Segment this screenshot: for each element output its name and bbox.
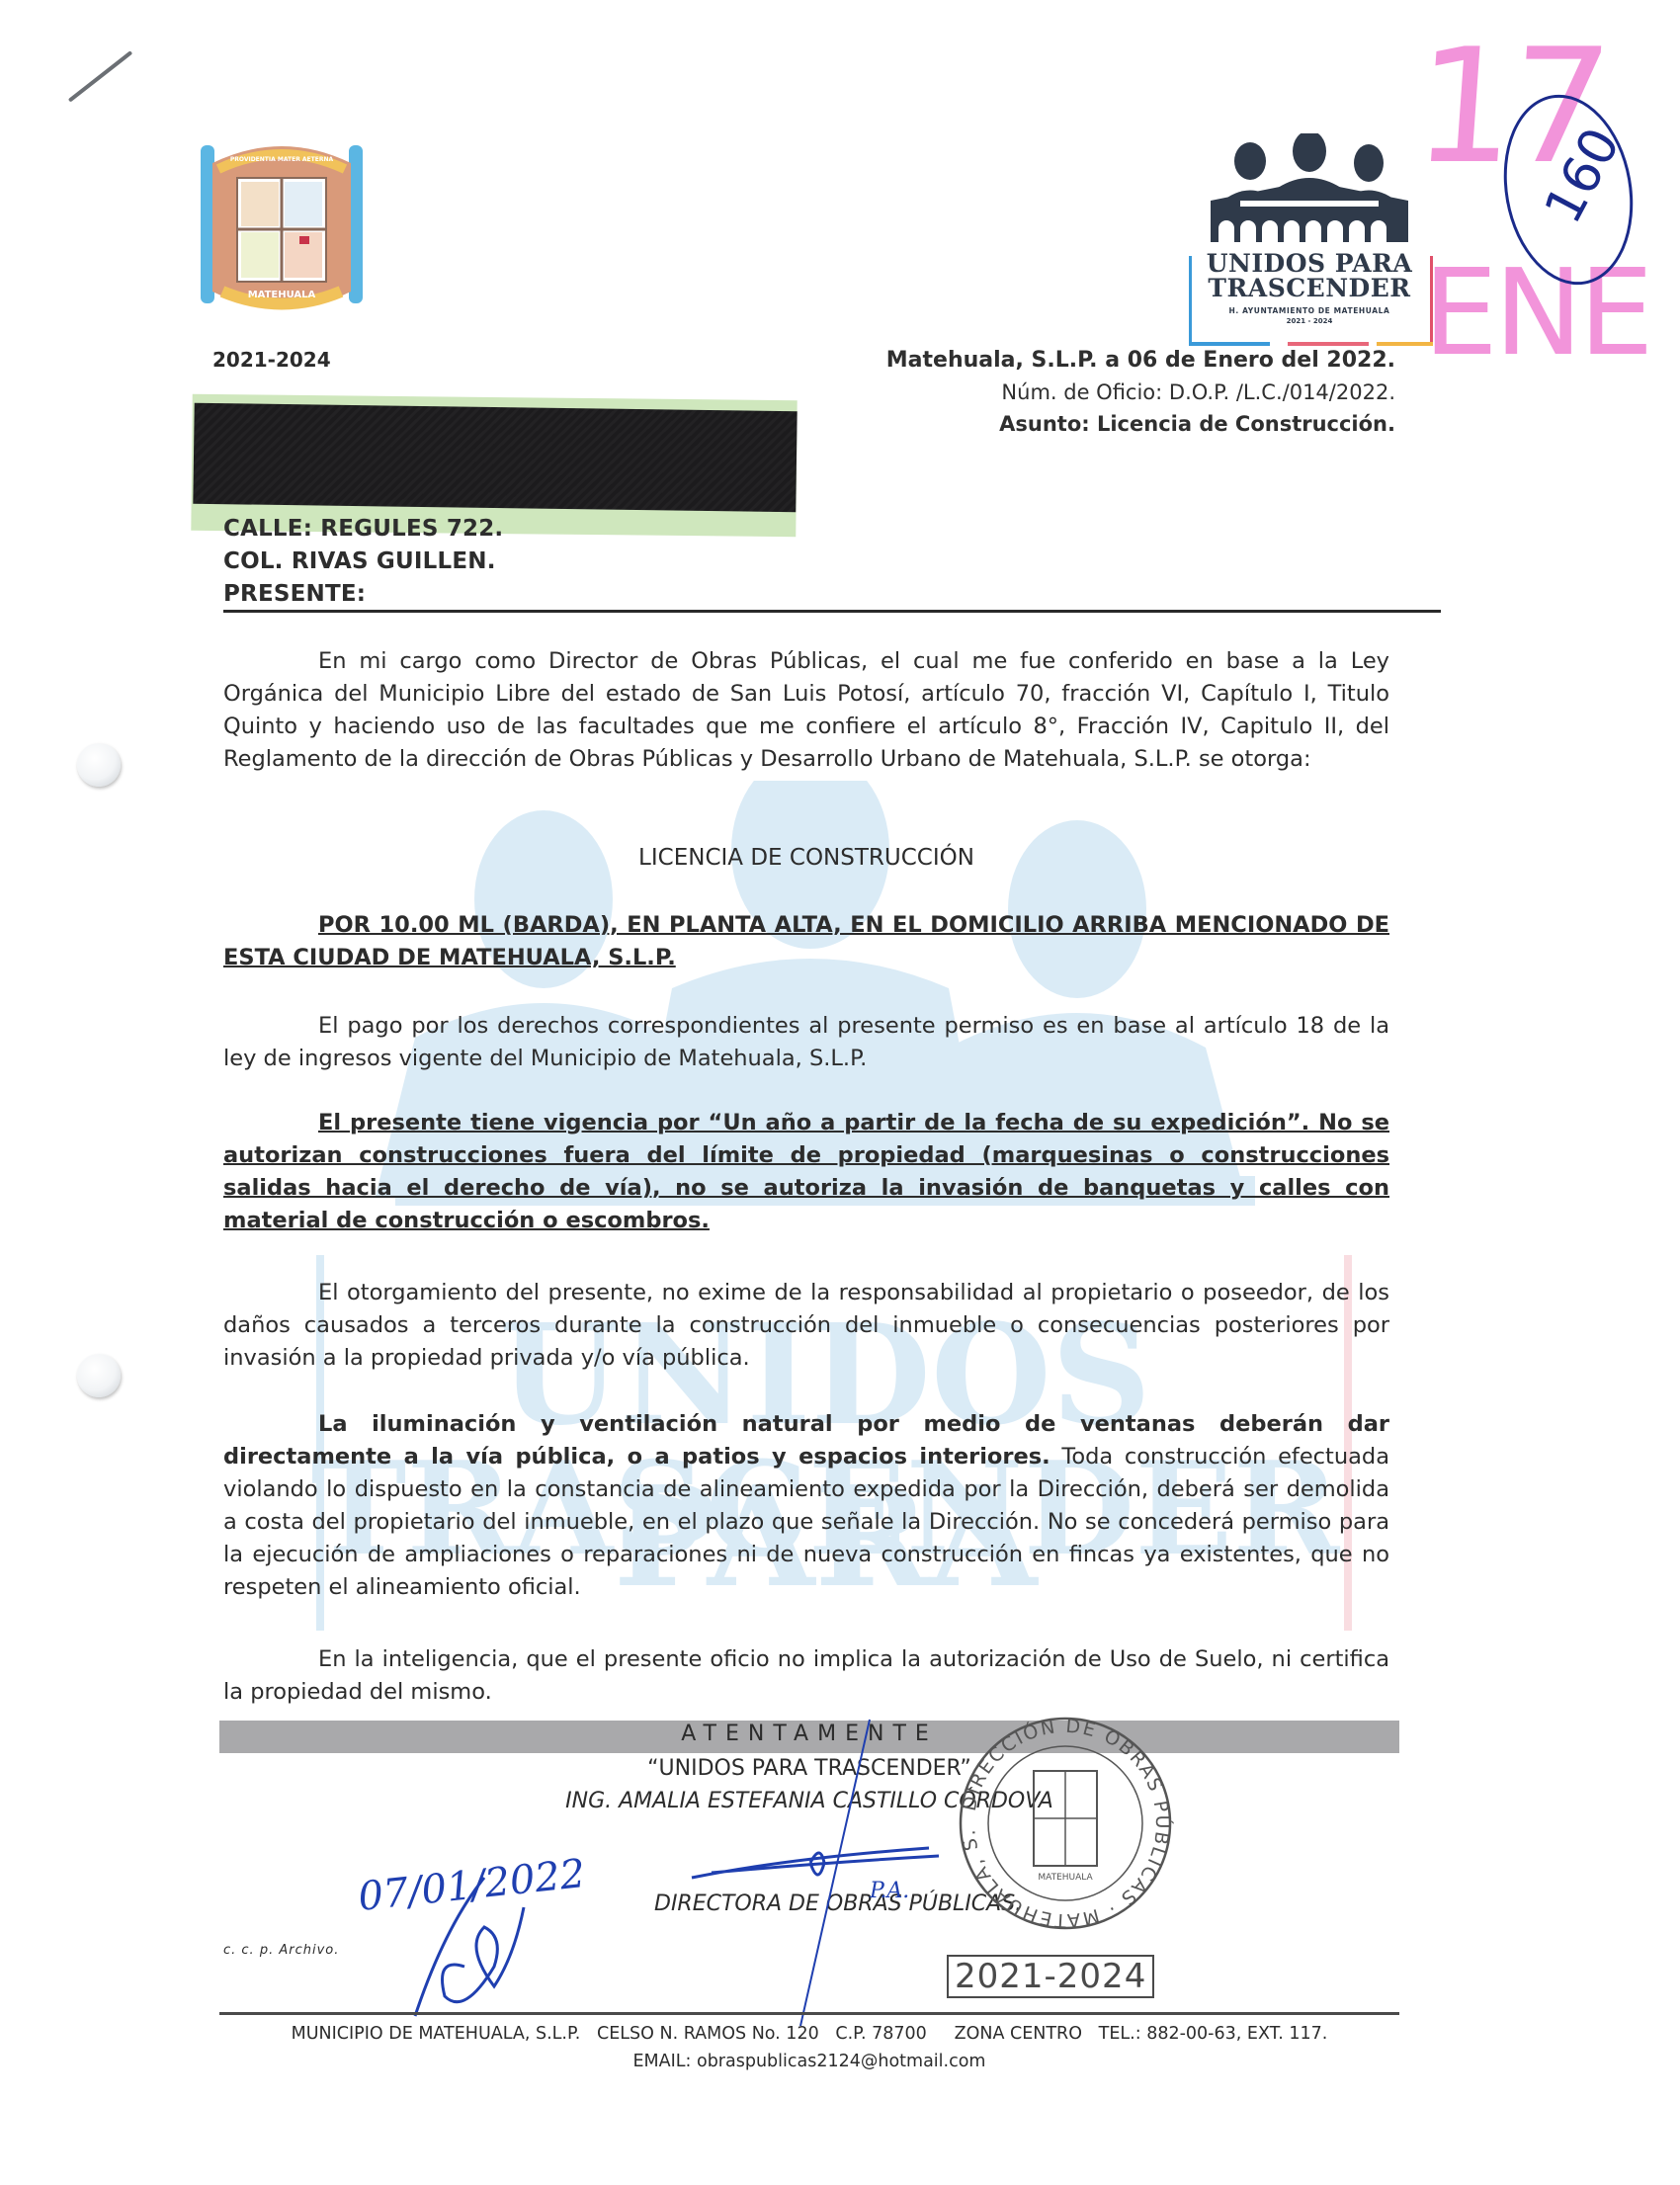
municipal-crest-icon: MATEHUALA PROVIDENTIA MATER AETERNA bbox=[193, 133, 371, 321]
lighting-paragraph: La iluminación y ventilación natural por… bbox=[223, 1408, 1389, 1604]
recipient-street: CALLE: REGULES 722. bbox=[223, 516, 503, 542]
director-signature-icon: P.A. bbox=[672, 1700, 968, 2026]
official-stamp-icon: DIRECCIÓN DE OBRAS PÚBLICAS · MATEHUALA,… bbox=[957, 1710, 1174, 1937]
footer-email: EMAIL: obraspublicas2124@hotmail.com bbox=[219, 2052, 1399, 2071]
handwritten-initials-icon bbox=[376, 1848, 593, 2026]
administration-years: 2021-2024 bbox=[212, 348, 331, 372]
recipient-colony: COL. RIVAS GUILLEN. bbox=[223, 548, 496, 574]
pink-annotation-month: ENE bbox=[1423, 255, 1649, 374]
license-scope: POR 10.00 ML (BARDA), EN PLANTA ALTA, EN… bbox=[223, 909, 1389, 974]
svg-text:MATEHUALA: MATEHUALA bbox=[248, 290, 316, 300]
punch-hole-icon bbox=[77, 743, 121, 787]
punch-hole-icon bbox=[77, 1354, 121, 1397]
logo-years: 2021 - 2024 bbox=[1201, 317, 1418, 325]
portraits-building-icon bbox=[1201, 133, 1418, 242]
redacted-recipient-name bbox=[193, 403, 797, 513]
payment-paragraph: El pago por los derechos correspondiente… bbox=[223, 1010, 1389, 1075]
logo-bar-red bbox=[1288, 342, 1369, 346]
liability-paragraph: El otorgamiento del presente, no exime d… bbox=[223, 1277, 1389, 1375]
svg-text:PROVIDENTIA MATER AETERNA: PROVIDENTIA MATER AETERNA bbox=[230, 156, 334, 163]
logo-frame-left bbox=[1189, 256, 1192, 343]
stamp-year-box: 2021-2024 bbox=[947, 1955, 1154, 1998]
logo-bar-blue bbox=[1189, 342, 1270, 346]
logo-subtitle: H. AYUNTAMIENTO DE MATEHUALA bbox=[1201, 306, 1418, 315]
header-divider bbox=[223, 610, 1441, 613]
document-date: Matehuala, S.L.P. a 06 de Enero del 2022… bbox=[886, 348, 1395, 373]
license-title: LICENCIA DE CONSTRUCCIÓN bbox=[223, 845, 1389, 871]
oficio-number: Núm. de Oficio: D.O.P. /L.C./014/2022. bbox=[1001, 380, 1395, 404]
footer-address: MUNICIPIO DE MATEHUALA, S.L.P. CELSO N. … bbox=[219, 2024, 1399, 2044]
logo-slogan-line2: TRASCENDER bbox=[1201, 274, 1418, 302]
svg-text:P.A.: P.A. bbox=[869, 1879, 909, 1903]
party-logo: UNIDOS PARA TRASCENDER H. AYUNTAMIENTO D… bbox=[1201, 133, 1418, 341]
intro-paragraph: En mi cargo como Director de Obras Públi… bbox=[223, 645, 1389, 776]
validity-paragraph: El presente tiene vigencia por “Un año a… bbox=[223, 1107, 1389, 1237]
svg-text:MATEHUALA: MATEHUALA bbox=[1038, 1873, 1093, 1883]
recipient-greeting: PRESENTE: bbox=[223, 581, 366, 607]
footer-divider bbox=[219, 2012, 1399, 2015]
carbon-copy: c. c. p. Archivo. bbox=[223, 1943, 339, 1958]
document-subject: Asunto: Licencia de Construcción. bbox=[999, 412, 1395, 436]
pen-scratch-mark bbox=[68, 50, 133, 102]
